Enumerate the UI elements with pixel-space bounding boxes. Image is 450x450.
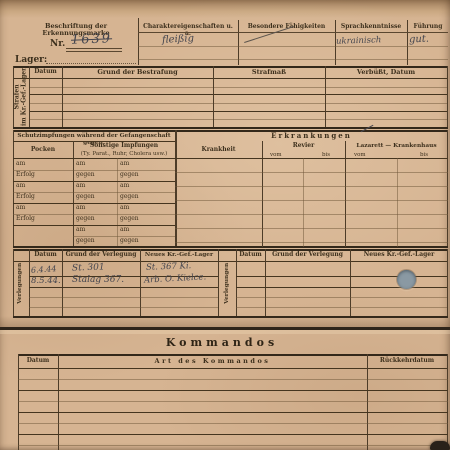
hole-punch — [397, 270, 416, 289]
rule — [13, 78, 448, 79]
lager-dotted-line — [46, 55, 136, 64]
lager-label: Lager: — [15, 55, 47, 65]
divider — [58, 354, 59, 450]
rule — [175, 242, 448, 243]
strafen-col-strafmass: Strafmaß — [213, 69, 325, 76]
rule — [18, 445, 448, 446]
rule — [29, 307, 218, 308]
erkrankungen-col-revier: Revier — [262, 143, 345, 150]
rule — [175, 186, 448, 187]
divider — [345, 141, 346, 247]
impfungen-col-sonstige: Sonstige Impfungen — [73, 143, 175, 150]
divider — [138, 18, 139, 65]
strafen-col-grund: Grund der Bestrafung — [62, 69, 213, 76]
verlegungen-col-datum-left: Datum — [29, 252, 62, 259]
verlegungen-side-label-right: Verlegungen — [219, 250, 236, 316]
rule — [18, 412, 448, 413]
rule — [175, 228, 448, 229]
transfer-entry-grund: Stalag 367. — [72, 276, 124, 285]
divider — [350, 249, 351, 316]
transfer-entry-lager: Arb. O. Kielce. — [144, 273, 207, 285]
rule — [138, 46, 448, 47]
rule — [29, 119, 448, 120]
transfer-entry-lager: St. 367 Ki. — [146, 262, 192, 272]
verlegungen-col-lager-left: Neues Kr.-Gef.-Lager — [140, 252, 218, 259]
divider — [62, 249, 63, 316]
kommandos-col-art: Art des Kommandos — [58, 358, 367, 365]
grid-cell: Erfolg — [16, 216, 35, 223]
erkrankungen-title: Erkrankungen — [175, 132, 448, 140]
sprachen-label: Sprachkenntnisse — [337, 24, 405, 31]
divider — [447, 66, 448, 127]
grid-cell: am — [16, 205, 25, 212]
verlegungen-col-lager-right: Neues Kr.-Gef.-Lager — [350, 252, 448, 259]
card-edge-highlight — [0, 330, 450, 334]
grid-cell: am — [16, 183, 25, 190]
rule — [66, 51, 122, 52]
grid-cell: am — [120, 161, 129, 168]
rule — [29, 87, 448, 88]
grid-cell: gegen — [76, 238, 95, 245]
rule — [18, 379, 448, 380]
grid-cell: Erfolg — [16, 194, 35, 201]
verlegungen-side-label-left: Verlegungen — [13, 250, 29, 316]
card-edge-shadow — [0, 316, 450, 327]
grid-cell: gegen — [76, 172, 95, 179]
rule — [175, 172, 448, 173]
divider — [447, 249, 448, 316]
strafen-side-label-line2: im Kr.-Gef.-Lager — [21, 67, 28, 125]
rule — [236, 297, 447, 298]
impfungen-col-pocken: Pocken — [13, 147, 73, 154]
rule — [66, 48, 122, 49]
divider — [447, 354, 448, 450]
rule — [175, 200, 448, 201]
rule — [236, 307, 447, 308]
nr-label: Nr. — [50, 39, 65, 49]
transfer-entry-grund: St. 301 — [72, 263, 105, 273]
grid-cell: gegen — [120, 216, 139, 223]
verlegungen-col-grund-left: Grund der Verlegung — [62, 252, 140, 259]
grid-cell: am — [16, 161, 25, 168]
rule — [18, 401, 448, 402]
strafen-side-label: Strafen im Kr.-Gef.-Lager — [13, 66, 29, 127]
fuehrung-label: Führung — [409, 24, 447, 31]
rule — [18, 354, 448, 356]
grid-cell: am — [120, 205, 129, 212]
verlegungen-side-label-text: Verlegungen — [224, 262, 231, 303]
transfer-entry-datum: 8.5.44. — [31, 277, 61, 286]
impfungen-col-sonstige-sub: (Ty. Parat., Ruhr, Cholera usw.) — [73, 151, 175, 157]
divider — [140, 249, 141, 316]
divider — [265, 249, 266, 316]
rule — [175, 158, 448, 159]
verlegungen-col-grund-right: Grund der Verlegung — [265, 252, 350, 259]
fuehrung-value-handwritten: gut. — [409, 35, 429, 46]
verlegungen-side-label-text: Verlegungen — [18, 262, 25, 303]
divider — [367, 354, 368, 450]
erkrankungen-col-krankheit: Krankheit — [175, 147, 262, 154]
grid-cell: gegen — [76, 216, 95, 223]
rule — [175, 214, 448, 215]
strafen-col-verbuesst: Verbüßt, Datum — [325, 69, 447, 76]
grid-cell: am — [76, 205, 85, 212]
rule — [236, 287, 447, 288]
rule — [18, 434, 448, 435]
strafen-col-datum: Datum — [29, 69, 62, 76]
divider — [18, 354, 19, 450]
erkrankungen-col-lazarett: Lazarett — Krankenhaus — [345, 143, 448, 150]
rule — [18, 423, 448, 424]
divider — [29, 249, 30, 316]
grid-cell: gegen — [120, 194, 139, 201]
charakter-value-handwritten: fleißig — [162, 34, 195, 46]
grid-cell: am — [76, 161, 85, 168]
grid-cell: am — [120, 227, 129, 234]
divider — [236, 249, 237, 316]
rule — [29, 103, 448, 104]
kommandos-title: Kommandos — [0, 337, 444, 350]
kommandos-col-datum: Datum — [18, 358, 58, 365]
grid-cell: am — [120, 183, 129, 190]
nr-value-handwritten: 1639 — [71, 32, 113, 46]
grid-cell: am — [76, 227, 85, 234]
divider — [262, 141, 263, 247]
rule — [13, 158, 175, 159]
rule — [18, 390, 448, 391]
grid-cell: gegen — [120, 172, 139, 179]
rule — [138, 59, 448, 60]
rule — [29, 111, 448, 112]
grid-cell: gegen — [120, 238, 139, 245]
grid-cell: gegen — [76, 194, 95, 201]
rule — [13, 203, 175, 204]
sprachen-value-handwritten: ukrainisch — [336, 36, 382, 46]
rule — [13, 225, 175, 226]
rule — [29, 94, 448, 95]
rule — [29, 287, 218, 288]
kommandos-col-rueckkehr: Rückkehrdatum — [367, 358, 447, 365]
rule — [13, 181, 175, 182]
transfer-entry-datum: 6.4.44 — [31, 265, 57, 275]
verlegungen-col-datum-right: Datum — [236, 252, 265, 259]
rule — [18, 368, 448, 369]
grid-cell: Erfolg — [16, 172, 35, 179]
rule — [13, 127, 448, 129]
rule — [29, 297, 218, 298]
rule — [13, 246, 448, 248]
hole-punch-shadow — [430, 441, 450, 450]
pow-record-card: Beschriftung der Erkennungsmarke Nr. 163… — [0, 0, 450, 450]
grid-cell: am — [76, 183, 85, 190]
